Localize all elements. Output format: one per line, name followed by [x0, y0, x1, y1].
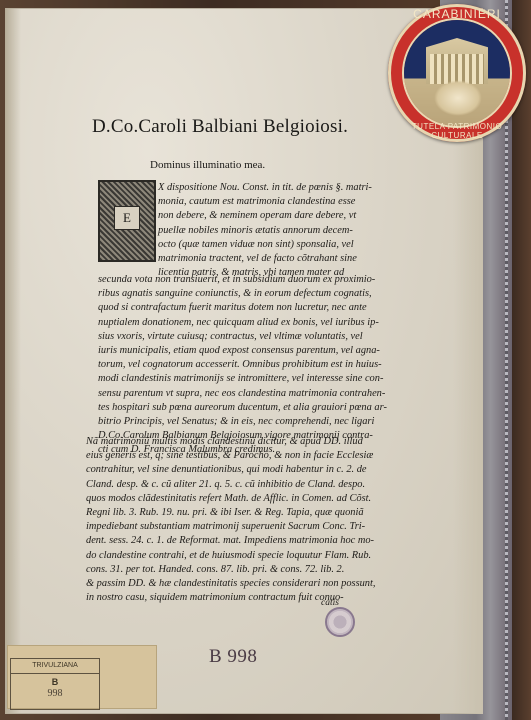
text-line: Regni lib. 3. Rub. 19. nu. pri. & ibi Is… — [86, 506, 376, 520]
text-block-right-column: X dispositione Nou. Const. in tit. de pœ… — [158, 181, 372, 280]
text-line: torum, vel cognatorum accesserit. Omnibu… — [98, 358, 387, 372]
text-line: octo (quæ tamen viduæ non sint) sponsali… — [158, 238, 372, 252]
text-line: puellæ nobiles minoris ætatis annorum de… — [158, 224, 372, 238]
label-number: 998 — [11, 688, 99, 699]
dragon-icon — [434, 80, 482, 116]
text-line: impediebant substantiam matrimonij super… — [86, 520, 376, 534]
text-line: dent. sess. 24. c. 1. de Reformat. mat. … — [86, 534, 376, 548]
library-label: TRIVULZIANA B 998 — [7, 645, 157, 709]
text-line: eius generis est, q; sine testibus, & Pa… — [86, 449, 376, 463]
label-institution: TRIVULZIANA — [11, 659, 99, 674]
library-ownership-stamp-icon — [325, 607, 355, 637]
text-line: contrahitur, vel sine denuntiationibus, … — [86, 463, 376, 477]
label-series: B — [11, 674, 99, 688]
document-title: D.Co.Caroli Balbiani Belgioiosi. — [92, 116, 348, 138]
badge-emblem — [404, 20, 510, 126]
text-line: nuptialem donationem, nec quicquam aliud… — [98, 316, 387, 330]
document-motto: Dominus illuminatio mea. — [150, 159, 265, 171]
text-line: & passim DD. & hæ clandestinitatis speci… — [86, 577, 376, 591]
text-line: iuris municipalis, etiam quod expost con… — [98, 344, 387, 358]
text-block-main: secunda vota non transiuerit, et in subs… — [98, 273, 387, 458]
text-line: cons. 31. per tot. Handed. cons. 87. lib… — [86, 563, 376, 577]
label-box: TRIVULZIANA B 998 — [10, 658, 100, 710]
text-line: matrimonia tractent, vel de facto cõtrah… — [158, 252, 372, 266]
text-line: non debere, & neminem operam dare debere… — [158, 209, 372, 223]
text-line: do clandestine contrahi, et de huiusmodi… — [86, 549, 376, 563]
text-line: sius vxoris, virtute cuiusq; contractus,… — [98, 330, 387, 344]
text-line: sensu parentum vt supra, nec eos clandes… — [98, 387, 387, 401]
initial-letter: E — [114, 206, 140, 230]
text-line: tes hospitari sub pœna aureorum ducentum… — [98, 401, 387, 415]
text-line: Nã matrimoniũ multis modis clandestinũ d… — [86, 435, 376, 449]
text-line: secunda vota non transiuerit, et in subs… — [98, 273, 387, 287]
decorated-initial: E — [98, 180, 156, 262]
text-line: bitrio Principis, vel Senatus; & in eis,… — [98, 415, 387, 429]
text-line: quod si contrafactum fuerit maritus dote… — [98, 301, 387, 315]
badge-bottom-text: TUTELA PATRIMONIO CULTURALE — [388, 122, 526, 140]
text-line: quos modos clãdestinitatis refert Math. … — [86, 492, 376, 506]
shelfmark-stamp: B 998 — [209, 646, 257, 668]
text-line: monia, cautum est matrimonia clandestina… — [158, 195, 372, 209]
text-line: ribus agnatis sanguine coniunctis, & in … — [98, 287, 387, 301]
text-line: X dispositione Nou. Const. in tit. de pœ… — [158, 181, 372, 195]
text-block-continuation: Nã matrimoniũ multis modis clandestinũ d… — [86, 435, 376, 605]
text-line: Cland. desp. & c. cũ aliter 21. q. 5. c.… — [86, 478, 376, 492]
badge-top-text: CARABINIERI — [388, 7, 526, 21]
carabinieri-badge-logo: CARABINIERI TUTELA PATRIMONIO CULTURALE — [388, 4, 526, 142]
text-line: modi clandestinis matrimonijs se intromi… — [98, 372, 387, 386]
